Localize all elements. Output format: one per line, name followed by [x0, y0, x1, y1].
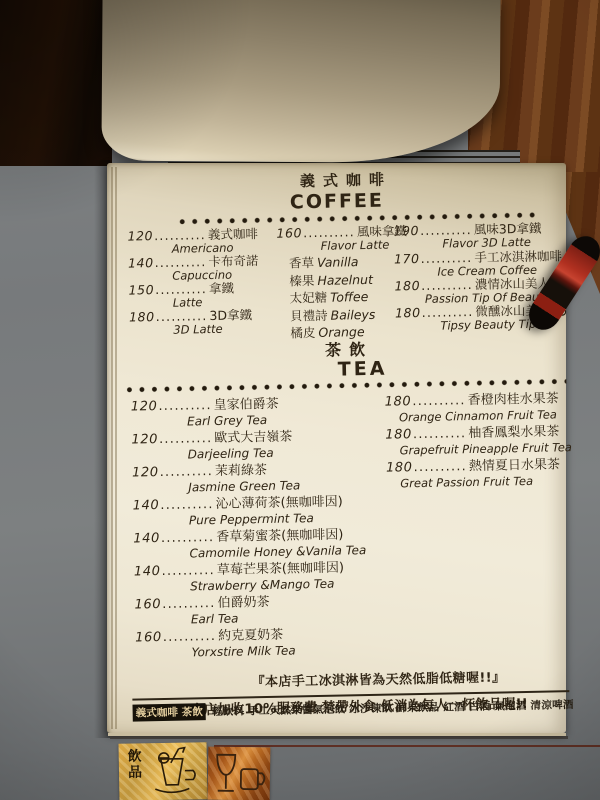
name-zh: 柚香鳳梨水果茶	[468, 424, 559, 441]
menu-item: 160..........約克夏奶茶 Yorxstire Milk Tea	[135, 625, 392, 663]
name-en: Great Passion Fruit Tea	[386, 473, 586, 492]
price: 160	[134, 597, 161, 613]
name-zh: 卡布奇諾	[208, 253, 258, 269]
name-zh: 香草菊蜜茶(無咖啡因)	[216, 527, 343, 544]
price: 180	[385, 394, 412, 410]
price: 140	[128, 255, 154, 270]
menu-item: 140..........卡布奇諾 Capuccino	[128, 254, 280, 284]
menu-item: 120..........茉莉綠茶 Jasmine Green Tea	[132, 460, 389, 498]
dotted-leader: ..........	[161, 530, 215, 546]
tea-column-left: 120..........皇家伯爵茶 Earl Grey Tea 120....…	[131, 394, 392, 663]
menu-item: 120..........歐式大吉嶺茶 Darjeeling Tea	[131, 427, 388, 465]
price: 120	[131, 399, 158, 415]
name-zh: 約克夏奶茶	[218, 628, 283, 644]
tea-column-right: 180..........香橙肉桂水果茶 Orange Cinnamon Fru…	[385, 390, 587, 493]
price: 180	[386, 460, 413, 476]
dotted-leader: ..........	[162, 596, 216, 612]
dotted-leader: ..........	[158, 398, 212, 414]
price: 180	[129, 309, 155, 324]
menu-item: 180..........柚香鳳梨水果茶 Grapefruit Pineappl…	[385, 423, 586, 460]
name-zh: 熱情夏日水果茶	[469, 457, 560, 474]
name-zh: 拿鐵	[209, 281, 234, 296]
wine-glass-icon	[212, 751, 241, 799]
price: 160	[276, 225, 302, 240]
flavor-zh: 貝禮詩	[290, 307, 328, 323]
flavor-zh: 榛果	[289, 272, 314, 287]
price: 140	[133, 498, 160, 514]
menu-photo-scene: 義式咖啡 COFFEE 120..........義式咖啡 Americano …	[0, 0, 600, 800]
name-zh: 3D拿鐵	[209, 307, 252, 323]
price: 170	[394, 251, 420, 266]
menu-item: 140..........沁心薄荷茶(無咖啡因) Pure Peppermint…	[133, 493, 390, 531]
coffee-column-1: 120..........義式咖啡 Americano 140.........…	[127, 227, 281, 338]
footer-highlight: 義式咖啡 茶飲	[132, 703, 206, 721]
dotted-leader: ..........	[161, 563, 215, 579]
coffee-section-title-en: COFFEE	[290, 191, 384, 213]
flavor-item: 橘皮Orange	[278, 322, 406, 342]
menu-item: 180..........3D拿鐵 3D Latte	[129, 308, 281, 338]
dotted-leader: ..........	[412, 393, 466, 409]
price: 120	[132, 465, 159, 481]
price: 180	[395, 305, 421, 320]
footer-categories: 輕飲料 手工天然果醬氣泡飲 冰沙凍飲 鮮果飲品 紅酒 白酒 氣泡酒 清涼啤酒	[212, 697, 574, 719]
dotted-leader: ..........	[413, 459, 467, 475]
price: 180	[385, 427, 412, 443]
dotted-leader: ..........	[159, 431, 213, 447]
price: 160	[135, 630, 162, 646]
flavor-en: Vanilla	[317, 254, 359, 270]
dotted-leader: ..........	[413, 426, 467, 442]
name-zh: 草莓芒果茶(無咖啡因)	[217, 560, 344, 577]
name-zh: 香橙肉桂水果茶	[468, 391, 559, 408]
dotted-leader: ..........	[160, 464, 214, 480]
menu-item: 190..........風味3D拿鐵 Flavor 3D Latte	[393, 221, 579, 252]
dotted-leader: ..........	[163, 629, 217, 645]
flavor-en: Baileys	[330, 306, 375, 322]
menu-item: 150..........拿鐵 Latte	[128, 281, 280, 311]
flavor-zh: 橘皮	[290, 325, 315, 340]
menu-item: 120..........皇家伯爵茶 Earl Grey Tea	[131, 394, 388, 432]
board-edge-line	[214, 745, 600, 747]
menu-content: 義式咖啡 COFFEE 120..........義式咖啡 Americano …	[106, 158, 576, 737]
menu-item: 160..........風味拿鐵 Flavor Latte	[276, 224, 405, 254]
mug-icon	[238, 761, 268, 797]
price: 120	[131, 432, 158, 448]
flavor-zh: 香草	[289, 255, 314, 270]
menu-item: 180..........香橙肉桂水果茶 Orange Cinnamon Fru…	[385, 390, 586, 427]
flavor-en: Hazelnut	[317, 271, 373, 287]
coffee-items: 120..........義式咖啡 Americano 140.........…	[127, 221, 558, 332]
tea-items: 120..........皇家伯爵茶 Earl Grey Tea 120....…	[131, 390, 565, 662]
table-wood-dark	[0, 0, 112, 166]
name-en: Flavor Latte	[277, 238, 405, 253]
menu-item: 160..........伯爵奶茶 Earl Tea	[134, 592, 391, 630]
price: 120	[127, 228, 153, 243]
name-zh: 沁心薄荷茶(無咖啡因)	[215, 494, 342, 511]
page-stack-shadow	[110, 736, 568, 739]
ice-cream-note: 『本店手工冰淇淋皆為天然低脂低糖喔!!』	[136, 665, 565, 692]
menu-item: 140..........香草菊蜜茶(無咖啡因) Camomile Honey …	[133, 526, 390, 564]
price: 180	[394, 278, 420, 293]
flavor-en: Orange	[318, 324, 364, 340]
coffee-column-2: 160..........風味拿鐵 Flavor Latte 香草Vanilla…	[276, 224, 406, 342]
price: 140	[134, 564, 161, 580]
price: 150	[128, 282, 154, 297]
price: 190	[393, 223, 419, 238]
price: 140	[133, 531, 160, 547]
name-zh: 伯爵奶茶	[217, 595, 269, 611]
name-zh: 皇家伯爵茶	[214, 397, 279, 413]
name-zh: 歐式大吉嶺茶	[214, 429, 292, 445]
flavor-zh: 太妃糖	[290, 290, 328, 306]
flavor-en: Toffee	[330, 289, 368, 305]
washi-tape-gold[interactable]: 飲品	[119, 742, 208, 800]
menu-item: 140..........草莓芒果茶(無咖啡因) Strawberry &Man…	[134, 559, 391, 597]
name-zh: 茉莉綠茶	[215, 463, 267, 479]
iced-drink-icon	[141, 744, 204, 799]
washi-tape-copper[interactable]	[208, 747, 271, 800]
curled-page[interactable]	[101, 0, 500, 163]
dotted-leader: ..........	[160, 497, 214, 513]
menu-page: 義式咖啡 COFFEE 120..........義式咖啡 Americano …	[107, 163, 566, 733]
category-footer: 義式咖啡 茶飲 輕飲料 手工天然果醬氣泡飲 冰沙凍飲 鮮果飲品 紅酒 白酒 氣泡…	[132, 690, 569, 721]
menu-item: 180..........熱情夏日水果茶 Great Passion Fruit…	[386, 456, 587, 493]
